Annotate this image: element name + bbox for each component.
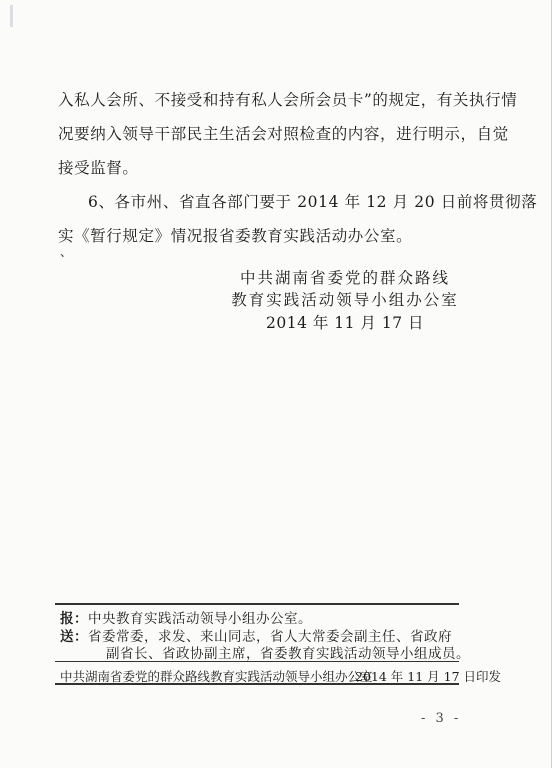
scan-artifact <box>10 5 13 27</box>
body-line: 接受监督。 <box>58 156 139 178</box>
page-number: - 3 - <box>421 711 461 726</box>
signature-org-line2: 教育实践活动领导小组办公室 <box>200 288 490 310</box>
body-line: 况要纳入领导干部民主生活会对照检查的内容，进行明示，自觉 <box>58 122 509 144</box>
stray-mark: 、 <box>60 243 72 260</box>
signature-org-line1: 中共湖南省委党的群众路线 <box>200 266 490 288</box>
body-line-item-6: 6、各市州、省直各部门要于 2014 年 12 月 20 日前将贯彻落 <box>88 190 537 212</box>
body-line: 入私人会所、不接受和持有私人会所会员卡”的规定，有关执行情 <box>58 88 517 110</box>
divider-bottom <box>55 683 459 685</box>
divider-top <box>55 603 459 605</box>
body-line: 实《暂行规定》情况报省委教育实践活动办公室。 <box>58 224 412 246</box>
send-to-line2: 副省长、省政协副主席，省委教育实践活动领导小组成员。 <box>106 642 470 662</box>
send-label: 送： <box>60 629 88 645</box>
signature-date: 2014 年 11 月 17 日 <box>200 311 490 333</box>
divider-middle <box>55 661 459 662</box>
